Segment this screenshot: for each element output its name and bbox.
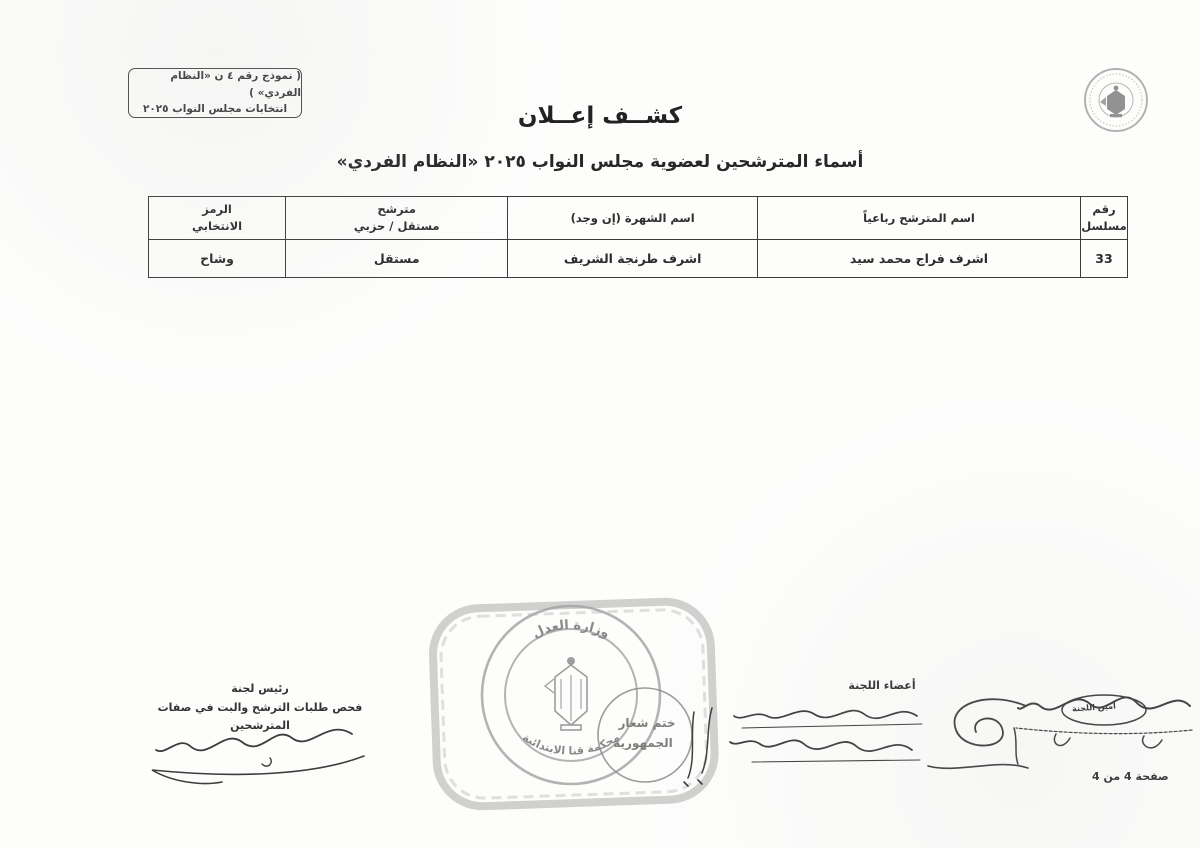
- form-number-line1: ( نموذج رقم ٤ ن «النظام الفردي» ): [129, 68, 301, 102]
- stamp-side-text-line2: الجمهورية: [613, 736, 672, 751]
- header-independent-or-party: مترشح مستقل / حزبي: [286, 197, 508, 240]
- cell-electoral-symbol: وشاح: [149, 240, 286, 278]
- svg-text:وزارة العدل: وزارة العدل: [530, 618, 612, 642]
- header-serial-number: رقم مسلسل: [1081, 197, 1128, 240]
- header-candidate-full-name: اسم المترشح رباعياً: [757, 197, 1080, 240]
- stamp-side-text-line1: ختم شعار: [617, 716, 675, 730]
- header-electoral-symbol: الرمز الانتخابي: [149, 197, 286, 240]
- committee-members-signatures: [672, 698, 932, 792]
- scanned-document-page: ( نموذج رقم ٤ ن «النظام الفردي» ) انتخاب…: [0, 0, 1200, 848]
- stamp-top-text: وزارة العدل: [530, 618, 612, 642]
- stamp-bottom-text: محكمة قنا الابتدائية: [520, 731, 622, 758]
- cell-serial-number: 33: [1081, 240, 1128, 278]
- cell-candidate-full-name: اشرف فراج محمد سيد: [757, 240, 1080, 278]
- candidates-table: رقم مسلسل اسم المترشح رباعياً اسم الشهرة…: [148, 196, 1128, 278]
- table-header-row: رقم مسلسل اسم المترشح رباعياً اسم الشهرة…: [149, 197, 1128, 240]
- chairman-signature: [142, 712, 372, 796]
- document-title: كشــف إعــلان: [0, 103, 1200, 129]
- cell-known-name: اشرف طرنجة الشريف: [508, 240, 758, 278]
- header-known-name: اسم الشهرة (إن وجد): [508, 197, 758, 240]
- stamp-eagle-icon: [545, 657, 587, 730]
- svg-text:محكمة قنا الابتدائية: محكمة قنا الابتدائية: [520, 731, 622, 758]
- document-subtitle: أسماء المترشحين لعضوية مجلس النواب ٢٠٢٥ …: [0, 152, 1200, 172]
- table-row: 33 اشرف فراج محمد سيد اشرف طرنجة الشريف …: [149, 240, 1128, 278]
- candidates-table-container: رقم مسلسل اسم المترشح رباعياً اسم الشهرة…: [148, 196, 1128, 278]
- page-number: صفحة 4 من 4: [1092, 770, 1169, 783]
- cell-independent-or-party: مستقل: [286, 240, 508, 278]
- committee-secretary-signature: [1012, 678, 1197, 777]
- chairman-title-line1: رئيس لجنة: [140, 680, 380, 699]
